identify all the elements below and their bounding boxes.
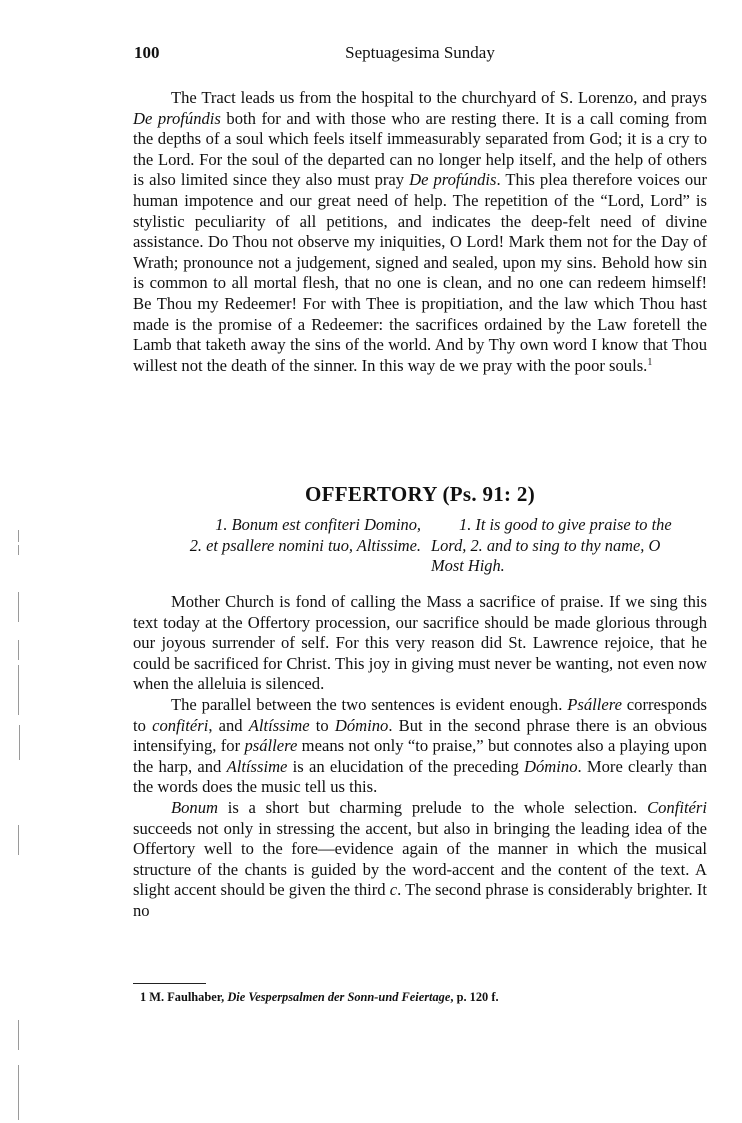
scan-artifact: [18, 1020, 19, 1050]
latin-word: Bonum: [171, 798, 218, 817]
latin-line: 1. Bonum est confiteri Domino,: [133, 515, 421, 536]
latin-word: psállere: [244, 736, 297, 755]
latin-line: 2. et psallere nomini tuo, Altissime.: [133, 536, 421, 557]
latin-phrase: De profúndis: [133, 109, 221, 128]
scan-artifact: [18, 665, 19, 715]
english-line: Most High.: [431, 556, 707, 577]
english-line: 1. It is good to give praise to the: [431, 515, 707, 536]
latin-word: Dómino: [335, 716, 388, 735]
scan-artifact: [18, 825, 19, 855]
commentary-paragraph-2: The parallel between the two sentences i…: [133, 695, 707, 798]
scan-artifact: [18, 592, 19, 622]
footnote-divider: [133, 983, 206, 984]
section-title: OFFERTORY: [305, 482, 437, 506]
footnote-book-title: Die Vesperpsalmen der Sonn-und Feiertage: [227, 990, 450, 1004]
footnote: 1 M. Faulhaber, Die Vesperpsalmen der So…: [140, 990, 700, 1005]
book-page: 100 Septuagesima Sunday The Tract leads …: [0, 0, 742, 1123]
latin-word: Altíssime: [249, 716, 310, 735]
footnote-reference[interactable]: 1: [647, 357, 652, 368]
english-line: Lord, 2. and to sing to thy name, O: [431, 536, 707, 557]
latin-word: confitéri: [152, 716, 208, 735]
running-header: 100 Septuagesima Sunday: [134, 43, 706, 67]
latin-word: Confitéri: [647, 798, 707, 817]
scan-artifact: [18, 640, 19, 660]
scan-artifact: [19, 742, 20, 760]
section-heading-offertory: OFFERTORY (Ps. 91: 2): [133, 482, 707, 507]
scan-artifact: [18, 1065, 19, 1120]
tract-paragraph-block: The Tract leads us from the hospital to …: [133, 88, 707, 376]
english-translation-column: 1. It is good to give praise to the Lord…: [431, 515, 707, 577]
scan-artifact: [18, 545, 19, 555]
scan-artifact: [18, 530, 19, 542]
latin-word: Altíssime: [227, 757, 288, 776]
latin-text-column: 1. Bonum est confiteri Domino, 2. et psa…: [133, 515, 421, 556]
psalm-reference: (Ps. 91: 2): [442, 482, 535, 506]
latin-word: Psállere: [567, 695, 622, 714]
running-title: Septuagesima Sunday: [134, 43, 706, 63]
latin-word: Dómino: [524, 757, 577, 776]
commentary-paragraph-3: Bonum is a short but charming prelude to…: [133, 798, 707, 922]
commentary-block: Mother Church is fond of calling the Mas…: [133, 592, 707, 922]
latin-phrase: De profúndis: [409, 170, 496, 189]
commentary-paragraph-1: Mother Church is fond of calling the Mas…: [133, 592, 707, 695]
tract-paragraph: The Tract leads us from the hospital to …: [133, 88, 707, 376]
